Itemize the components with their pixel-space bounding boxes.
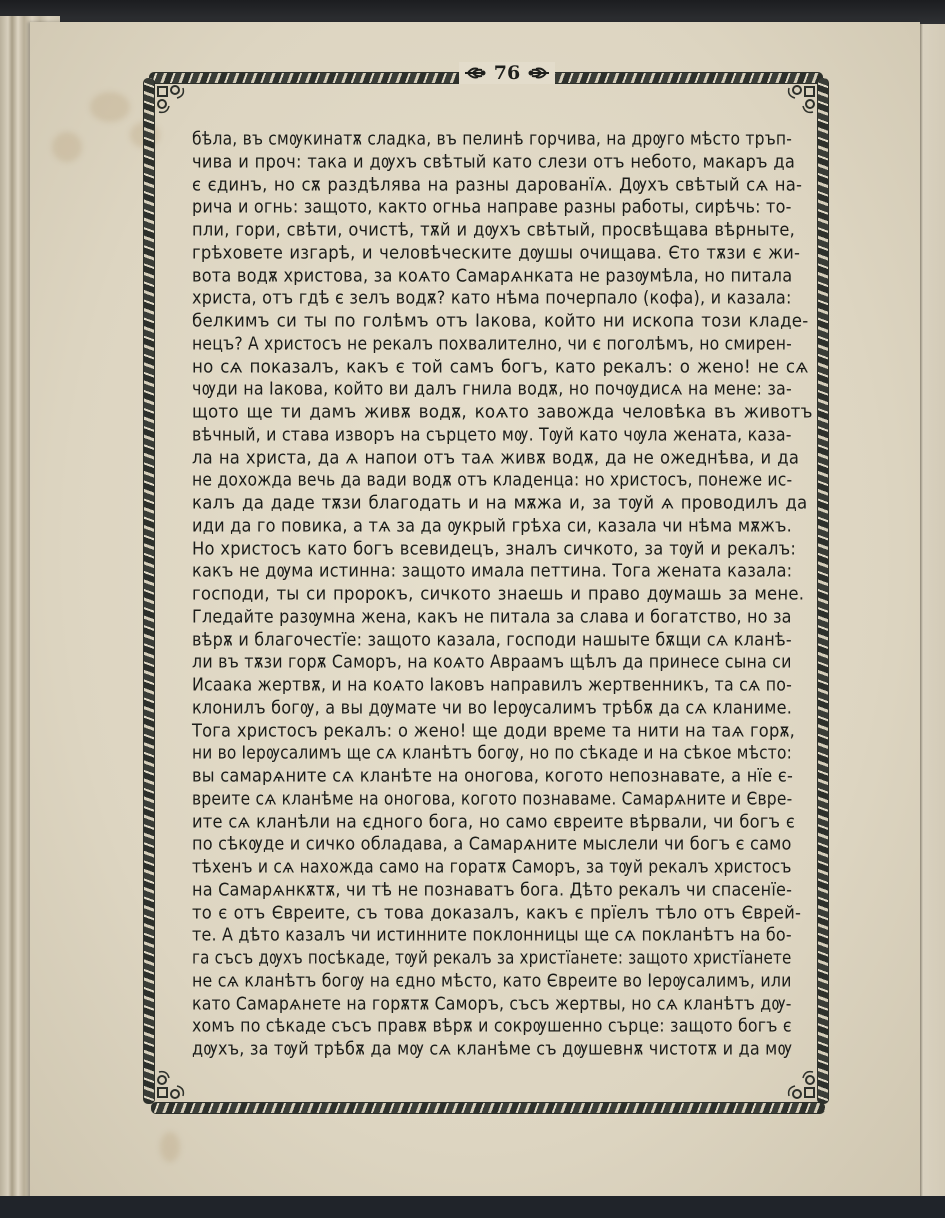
paper-stain [90,92,130,122]
text-line: вѣчный, и става изворъ на сърцето мѹ. Тѹ… [192,422,779,447]
next-page-edge [920,24,945,1200]
text-line: вы самарѧните сѧ кланѣте на оногова, ког… [192,764,793,789]
text-line: щото ще ти дамъ живѫ водѫ, коѧто завожда… [192,400,813,425]
text-line: Гледайте разѹмна жена, какъ не питала за… [192,604,785,629]
text-line: дѹхъ, за тѹй трѣбѫ да мѹ сѧ кланѣме съ д… [192,1037,787,1062]
text-line: чѹди на Іакова, който ви далъ гнила водѫ… [192,377,782,402]
corner-ornament-icon [155,84,189,118]
text-line: христа, отъ гдѣ є зелъ водѫ? като нѣма п… [192,286,789,311]
text-line: пли, гори, свѣти, очистѣ, тѫй и дѹхъ свѣ… [192,218,795,243]
text-line: ни во Іерѹсалимъ ще сѧ кланѣтъ богѹ, но … [192,741,763,766]
text-line: белкимъ си ты по голѣмъ отъ Іакова, койт… [192,309,808,334]
scanner-bottom-edge [0,1196,945,1218]
text-line: господи, ты си пророкъ, сичкото знаешь и… [192,582,804,607]
page-number: 76 [494,62,520,84]
text-line: на Самарѧнкѫтѫ, чи тѣ не познаватъ бога.… [192,877,788,902]
text-line: иди да го повика, а тѧ за да ѹкрый грѣха… [192,513,791,538]
text-line: чива и проч: така и дѹхъ свѣтый като сле… [192,149,795,174]
text-line: Исаака жертвѫ, и на коѧто Іаковъ направи… [192,673,778,698]
body-text: бѣла, въ смѹкинатѫ сладка, въ пелинѣ гор… [192,128,792,1061]
paper-stain [160,1132,180,1162]
corner-ornament-icon [155,1066,189,1100]
frame-bottom-rope [151,1102,825,1114]
text-line: бѣла, въ смѹкинатѫ сладка, въ пелинѣ гор… [192,127,769,152]
text-line: га съсъ дѹхъ посѣкаде, тѹй рекалъ за хри… [192,946,753,971]
paper-stain [52,132,82,162]
text-line: нецъ? А христосъ не рекалъ похвалително,… [192,331,772,356]
corner-ornament-icon [783,1066,817,1100]
frame-right-rope [817,78,829,1104]
text-line: калъ да даде тѫзи благодать и на мѫжа и,… [192,491,807,516]
text-line: по сѣкѹде и сичко обладава, а Самарѧните… [192,832,790,857]
scanner-top-edge [0,0,945,24]
text-line: вреите сѧ кланѣме на оногова, когото поз… [192,786,767,811]
text-line: не сѧ кланѣтъ богѹ на єдно мѣсто, като Є… [192,968,778,993]
text-line: хомъ по сѣкаде съсъ правѫ вѣрѫ и сокрѹше… [192,1014,778,1039]
text-line: те. А дѣто казалъ чи истинните поклонниц… [192,923,783,948]
laurel-left-icon [464,66,486,80]
page-number-header: 76 [459,62,555,84]
text-line: тѣхенъ и сѧ нахожда само на горатѫ Самор… [192,855,770,880]
text-line: какъ не дѹма истинна: защото имала петти… [192,559,790,584]
text-line: грѣховете изгарѣ, и человѣческите дѹшы о… [192,240,800,265]
text-line: не дохожда вечь да вади водѫ отъ кладенц… [192,468,771,493]
text-line: рича и огнь: защото, както огньа направе… [192,195,786,220]
laurel-right-icon [528,66,550,80]
text-line: клонилъ богѹ, а вы дѹмате чи во Іерѹсали… [192,695,788,720]
text-line: ли въ тѫзи горѫ Саморъ, на коѧто Авраамъ… [192,650,780,675]
corner-ornament-icon [783,84,817,118]
frame-left-rope [143,78,155,1104]
